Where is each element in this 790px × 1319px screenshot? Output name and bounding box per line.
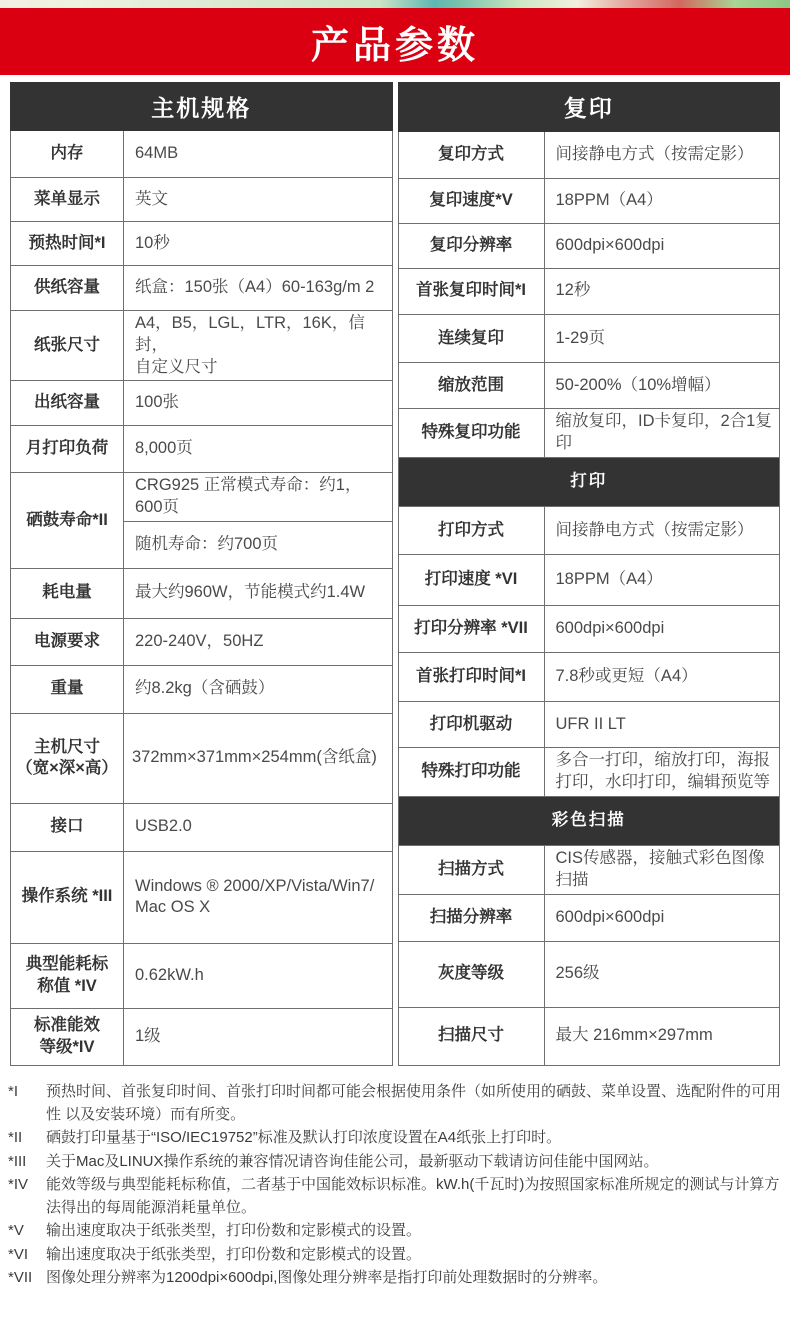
spec-value: 间接静电方式（按需定影） — [544, 507, 780, 555]
table-row: 复印分辨率 600dpi×600dpi — [398, 224, 780, 269]
product-spec-page: 产品参数 主机规格 内存 64MB 菜单显示 英文 预热时间*I 10秒 供纸容… — [0, 0, 790, 1319]
footnote-text: 硒鼓打印量基于“ISO/IEC19752”标准及默认打印浓度设置在A4纸张上打印… — [46, 1126, 782, 1149]
main-unit-header: 主机规格 — [11, 83, 393, 131]
spec-label: 电源要求 — [11, 618, 124, 665]
spec-label: 月打印负荷 — [11, 426, 124, 473]
table-row: 标准能效 等级*IV 1级 — [11, 1008, 393, 1065]
table-row: 扫描尺寸 最大 216mm×297mm — [398, 1007, 780, 1065]
spec-value: Windows ® 2000/XP/Vista/Win7/ Mac OS X — [124, 851, 393, 943]
table-row: 首张打印时间*I 7.8秒或更短（A4） — [398, 653, 780, 702]
background-artwork-strip — [0, 0, 790, 8]
spec-value: 600dpi×600dpi — [544, 605, 780, 653]
footnote-marker: *II — [8, 1126, 46, 1149]
spec-label: 内存 — [11, 131, 124, 178]
spec-value: A4，B5，LGL，LTR，16K，信封， 自定义尺寸 — [124, 311, 393, 381]
spec-value: 1-29页 — [544, 314, 780, 363]
spec-value: 18PPM（A4） — [544, 554, 780, 605]
table-row: 供纸容量 纸盒：150张（A4）60-163g/m 2 — [11, 266, 393, 311]
spec-label: 纸张尺寸 — [11, 311, 124, 381]
table-row: 特殊复印功能 缩放复印，ID卡复印，2合1复印 — [398, 409, 780, 458]
table-row: 首张复印时间*I 12秒 — [398, 268, 780, 314]
table-row: 扫描分辨率 600dpi×600dpi — [398, 895, 780, 942]
footnote: *II 硒鼓打印量基于“ISO/IEC19752”标准及默认打印浓度设置在A4纸… — [8, 1126, 782, 1149]
spec-label: 典型能耗标 称值 *IV — [11, 943, 124, 1008]
spec-label: 扫描尺寸 — [398, 1007, 544, 1065]
table-row: 缩放范围 50-200%（10%增幅） — [398, 363, 780, 409]
spec-label: 供纸容量 — [11, 266, 124, 311]
spec-label: 出纸容量 — [11, 381, 124, 426]
table-row: 耗电量 最大约960W，节能模式约1.4W — [11, 568, 393, 618]
section-header-row: 打印 — [398, 458, 780, 507]
footnote-marker: *VI — [8, 1243, 46, 1266]
spec-value: 最大 216mm×297mm — [544, 1007, 780, 1065]
spec-label: 硒鼓寿命*II — [11, 473, 124, 569]
spec-label: 打印速度 *VI — [398, 554, 544, 605]
footnote-marker: *I — [8, 1080, 46, 1103]
spec-value: 256级 — [544, 941, 780, 1007]
spec-label: 主机尺寸 （宽×深×高） — [11, 713, 124, 803]
spec-value: 最大约960W，节能模式约1.4W — [124, 568, 393, 618]
spec-value: 220-240V，50HZ — [124, 618, 393, 665]
table-row: 扫描方式 CIS传感器，接触式彩色图像扫描 — [398, 845, 780, 894]
spec-label: 打印机驱动 — [398, 702, 544, 748]
table-row: 特殊打印功能 多合一打印，缩放打印，海报 打印，水印打印，编辑预览等 — [398, 747, 780, 796]
table-row: 月打印负荷 8,000页 — [11, 426, 393, 473]
spec-value: UFR II LT — [544, 702, 780, 748]
table-row: 典型能耗标 称值 *IV 0.62kW.h — [11, 943, 393, 1008]
footnote-marker: *IV — [8, 1173, 46, 1196]
spec-label: 耗电量 — [11, 568, 124, 618]
spec-label: 灰度等级 — [398, 941, 544, 1007]
spec-label: 扫描方式 — [398, 845, 544, 894]
footnote-text: 输出速度取决于纸张类型，打印份数和定影模式的设置。 — [46, 1219, 782, 1242]
spec-value: 英文 — [124, 178, 393, 222]
footnote: *I 预热时间、首张复印时间、首张打印时间都可能会根据使用条件（如所使用的硒鼓、… — [8, 1080, 782, 1127]
spec-value: 多合一打印，缩放打印，海报 打印，水印打印，编辑预览等 — [544, 747, 780, 796]
footnote: *IV 能效等级与典型能耗标称值，二者基于中国能效标识标准。kW.h(千瓦时)为… — [8, 1173, 782, 1220]
spec-value: 1级 — [124, 1008, 393, 1065]
footnote: *V 输出速度取决于纸张类型，打印份数和定影模式的设置。 — [8, 1219, 782, 1242]
table-row: 菜单显示 英文 — [11, 178, 393, 222]
table-header-row: 复印 — [398, 83, 780, 132]
table-row: 灰度等级 256级 — [398, 941, 780, 1007]
spec-label: 首张打印时间*I — [398, 653, 544, 702]
spec-value: 约8.2kg（含硒鼓） — [124, 665, 393, 713]
print-section-header: 打印 — [398, 458, 780, 507]
spec-label: 接口 — [11, 803, 124, 851]
page-title: 产品参数 — [311, 14, 479, 69]
table-row: 硒鼓寿命*II CRG925 正常模式寿命：约1，600页 — [11, 473, 393, 522]
spec-label: 打印方式 — [398, 507, 544, 555]
table-row: 出纸容量 100张 — [11, 381, 393, 426]
spec-label: 标准能效 等级*IV — [11, 1008, 124, 1065]
spec-value: 间接静电方式（按需定影） — [544, 131, 780, 179]
footnote-text: 输出速度取决于纸张类型，打印份数和定影模式的设置。 — [46, 1243, 782, 1266]
spec-label: 特殊打印功能 — [398, 747, 544, 796]
spec-value: CRG925 正常模式寿命：约1，600页 — [124, 473, 393, 522]
spec-value: 100张 — [124, 381, 393, 426]
table-row: 复印速度*V 18PPM（A4） — [398, 179, 780, 224]
spec-label: 特殊复印功能 — [398, 409, 544, 458]
footnote: *III 关于Mac及LINUX操作系统的兼容情况请咨询佳能公司，最新驱动下载请… — [8, 1150, 782, 1173]
copy-print-scan-table: 复印 复印方式 间接静电方式（按需定影） 复印速度*V 18PPM（A4） 复印… — [398, 82, 781, 1066]
table-row: 打印方式 间接静电方式（按需定影） — [398, 507, 780, 555]
footnotes: *I 预热时间、首张复印时间、首张打印时间都可能会根据使用条件（如所使用的硒鼓、… — [0, 1066, 790, 1319]
table-row: 复印方式 间接静电方式（按需定影） — [398, 131, 780, 179]
footnote-marker: *III — [8, 1150, 46, 1173]
table-row: 电源要求 220-240V，50HZ — [11, 618, 393, 665]
table-row: 主机尺寸 （宽×深×高） 372mm×371mm×254mm(含纸盒) — [11, 713, 393, 803]
spec-label: 缩放范围 — [398, 363, 544, 409]
spec-value: 0.62kW.h — [124, 943, 393, 1008]
footnote-text: 图像处理分辨率为1200dpi×600dpi,图像处理分辨率是指打印前处理数据时… — [46, 1266, 782, 1289]
spec-label: 扫描分辨率 — [398, 895, 544, 942]
copy-section-header: 复印 — [398, 83, 780, 132]
spec-value: 随机寿命：约700页 — [124, 521, 393, 568]
table-row: 接口 USB2.0 — [11, 803, 393, 851]
table-row: 重量 约8.2kg（含硒鼓） — [11, 665, 393, 713]
table-header-row: 主机规格 — [11, 83, 393, 131]
spec-value: 600dpi×600dpi — [544, 224, 780, 269]
spec-value: CIS传感器，接触式彩色图像扫描 — [544, 845, 780, 894]
spec-value: 7.8秒或更短（A4） — [544, 653, 780, 702]
spec-value: 372mm×371mm×254mm(含纸盒) — [124, 713, 393, 803]
spec-value: 50-200%（10%增幅） — [544, 363, 780, 409]
spec-tables: 主机规格 内存 64MB 菜单显示 英文 预热时间*I 10秒 供纸容量 纸盒：… — [0, 75, 790, 1066]
section-header-row: 彩色扫描 — [398, 797, 780, 846]
spec-value: USB2.0 — [124, 803, 393, 851]
spec-label: 复印方式 — [398, 131, 544, 179]
table-row: 连续复印 1-29页 — [398, 314, 780, 363]
spec-label: 菜单显示 — [11, 178, 124, 222]
spec-label: 重量 — [11, 665, 124, 713]
spec-label: 连续复印 — [398, 314, 544, 363]
spec-label: 预热时间*I — [11, 222, 124, 266]
section-title-banner: 产品参数 — [0, 8, 790, 75]
main-unit-spec-table: 主机规格 内存 64MB 菜单显示 英文 预热时间*I 10秒 供纸容量 纸盒：… — [10, 82, 393, 1066]
footnote-text: 预热时间、首张复印时间、首张打印时间都可能会根据使用条件（如所使用的硒鼓、菜单设… — [46, 1080, 782, 1127]
spec-label: 操作系统 *III — [11, 851, 124, 943]
table-row: 纸张尺寸 A4，B5，LGL，LTR，16K，信封， 自定义尺寸 — [11, 311, 393, 381]
spec-label: 首张复印时间*I — [398, 268, 544, 314]
footnote: *VII 图像处理分辨率为1200dpi×600dpi,图像处理分辨率是指打印前… — [8, 1266, 782, 1289]
spec-label: 复印速度*V — [398, 179, 544, 224]
spec-value: 64MB — [124, 131, 393, 178]
table-row: 打印机驱动 UFR II LT — [398, 702, 780, 748]
footnote-text: 关于Mac及LINUX操作系统的兼容情况请咨询佳能公司，最新驱动下载请访问佳能中… — [46, 1150, 782, 1173]
spec-value: 8,000页 — [124, 426, 393, 473]
spec-value: 600dpi×600dpi — [544, 895, 780, 942]
table-row: 打印速度 *VI 18PPM（A4） — [398, 554, 780, 605]
spec-value: 10秒 — [124, 222, 393, 266]
footnote: *VI 输出速度取决于纸张类型，打印份数和定影模式的设置。 — [8, 1243, 782, 1266]
table-row: 打印分辨率 *VII 600dpi×600dpi — [398, 605, 780, 653]
footnote-marker: *VII — [8, 1266, 46, 1289]
spec-value: 18PPM（A4） — [544, 179, 780, 224]
footnote-text: 能效等级与典型能耗标称值，二者基于中国能效标识标准。kW.h(千瓦时)为按照国家… — [46, 1173, 782, 1220]
spec-value: 纸盒：150张（A4）60-163g/m 2 — [124, 266, 393, 311]
table-row: 操作系统 *III Windows ® 2000/XP/Vista/Win7/ … — [11, 851, 393, 943]
table-row: 内存 64MB — [11, 131, 393, 178]
table-row: 预热时间*I 10秒 — [11, 222, 393, 266]
spec-label: 打印分辨率 *VII — [398, 605, 544, 653]
spec-value: 缩放复印，ID卡复印，2合1复印 — [544, 409, 780, 458]
footnote-marker: *V — [8, 1219, 46, 1242]
scan-section-header: 彩色扫描 — [398, 797, 780, 846]
spec-label: 复印分辨率 — [398, 224, 544, 269]
spec-value: 12秒 — [544, 268, 780, 314]
